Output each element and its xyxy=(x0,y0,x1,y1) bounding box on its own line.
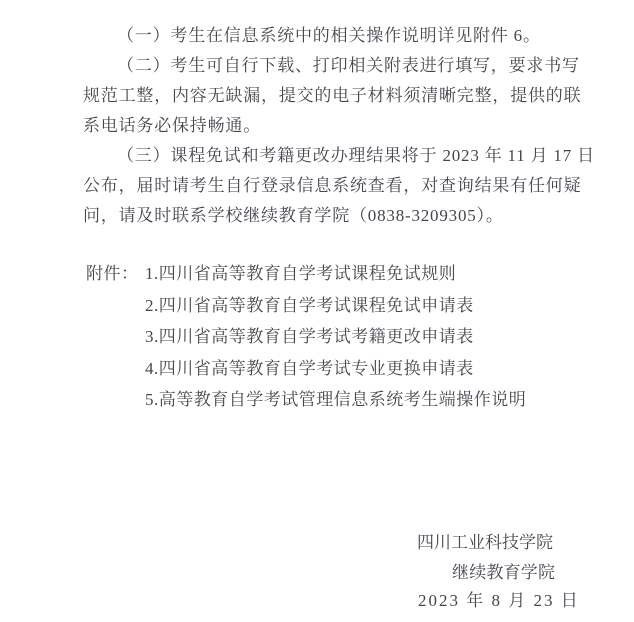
attachments-label-spacer xyxy=(86,353,145,385)
attachment-item: 5.高等教育自学考试管理信息系统考生端操作说明 xyxy=(145,384,526,416)
attachments-block: 附件：1.四川省高等教育自学考试课程免试规则2.四川省高等教育自学考试课程免试申… xyxy=(86,258,586,416)
signature-organization-line1: 四川工业科技学院 xyxy=(417,528,553,558)
paragraph-2-line-2: 规范工整，内容无缺漏，提交的电子材料须清晰完整，提供的联 xyxy=(83,81,583,111)
attachment-item: 3.四川省高等教育自学考试考籍更改申请表 xyxy=(145,321,474,353)
paragraph-1-line-1: （一）考生在信息系统中的相关操作说明详见附件 6。 xyxy=(83,21,583,51)
attachment-row-1: 附件：1.四川省高等教育自学考试课程免试规则 xyxy=(86,258,586,290)
signature-date: 2023 年 8 月 23 日 xyxy=(418,586,580,616)
attachment-row-3: 3.四川省高等教育自学考试考籍更改申请表 xyxy=(86,321,586,353)
signature-organization-line2: 继续教育学院 xyxy=(452,558,555,588)
attachment-item: 4.四川省高等教育自学考试专业更换申请表 xyxy=(145,353,474,385)
paragraph-3-line-2: 公布，届时请考生自行登录信息系统查看，对查询结果有任何疑 xyxy=(83,171,583,201)
attachments-label-spacer xyxy=(86,321,145,353)
attachment-item: 1.四川省高等教育自学考试课程免试规则 xyxy=(145,258,456,290)
attachment-row-4: 4.四川省高等教育自学考试专业更换申请表 xyxy=(86,353,586,385)
attachments-label: 附件： xyxy=(86,258,145,290)
attachments-label-spacer xyxy=(86,384,145,416)
attachment-row-5: 5.高等教育自学考试管理信息系统考生端操作说明 xyxy=(86,384,586,416)
document-page: （一）考生在信息系统中的相关操作说明详见附件 6。（二）考生可自行下载、打印相关… xyxy=(0,0,634,622)
attachments-label-spacer xyxy=(86,290,145,322)
attachment-row-2: 2.四川省高等教育自学考试课程免试申请表 xyxy=(86,290,586,322)
attachment-item: 2.四川省高等教育自学考试课程免试申请表 xyxy=(145,290,474,322)
paragraph-2-line-3: 系电话务必保持畅通。 xyxy=(83,111,583,141)
paragraph-3-line-1: （三）课程免试和考籍更改办理结果将于 2023 年 11 月 17 日 xyxy=(83,141,583,171)
body-paragraphs: （一）考生在信息系统中的相关操作说明详见附件 6。（二）考生可自行下载、打印相关… xyxy=(83,21,583,231)
paragraph-2-line-1: （二）考生可自行下载、打印相关附表进行填写，要求书写 xyxy=(83,51,583,81)
paragraph-3-line-3: 问，请及时联系学校继续教育学院（0838-3209305）。 xyxy=(83,201,583,231)
